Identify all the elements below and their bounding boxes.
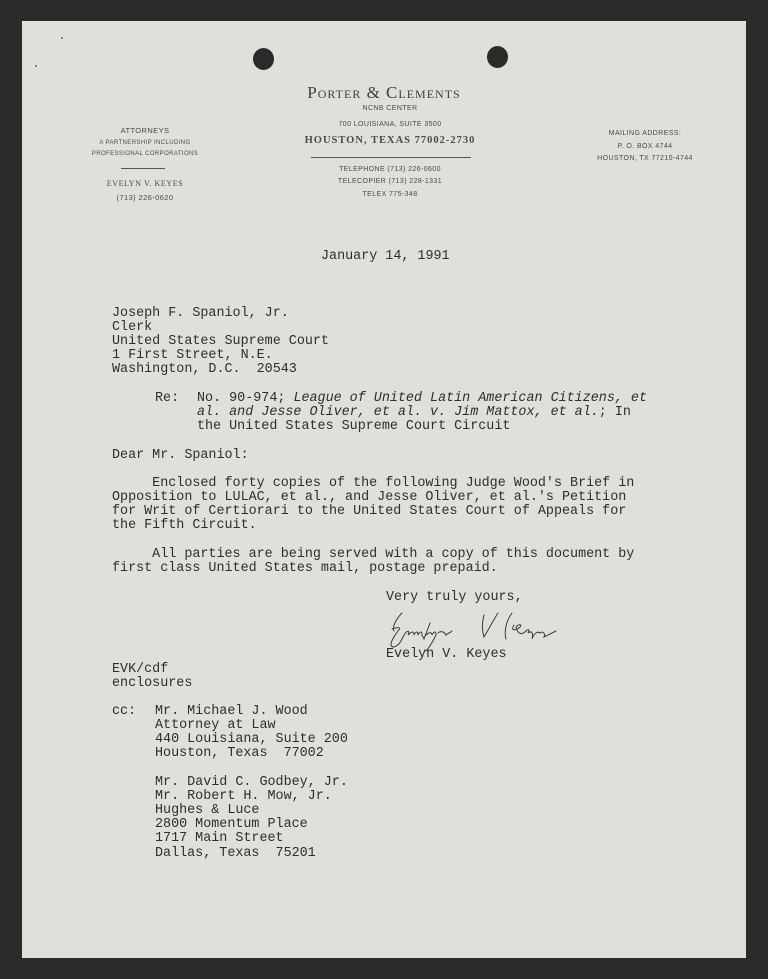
letter-date: January 14, 1991 <box>321 250 450 264</box>
case-number: No. 90-974; <box>197 391 293 406</box>
case-title-tail: ; In <box>599 405 631 420</box>
paper-speck <box>61 37 63 39</box>
cc-label: cc: <box>112 705 136 719</box>
mailing-title: MAILING ADDRESS: <box>590 130 700 137</box>
firm-telephone: TELEPHONE (713) 226-0600 <box>0 166 768 173</box>
mailing-box: P. O. BOX 4744 <box>590 143 700 150</box>
attorney-name: EVELYN V. KEYES <box>80 179 210 188</box>
enclosures-note: enclosures <box>112 677 192 691</box>
letterhead-rule <box>311 157 471 158</box>
paragraph-line: first class United States mail, postage … <box>112 562 498 576</box>
firm-name: Porter & Clements <box>0 83 768 103</box>
attorneys-title: ATTORNEYS <box>80 126 210 135</box>
left-rule <box>121 168 165 169</box>
cc-line: Houston, Texas 77002 <box>155 747 324 761</box>
recipient-line: Washington, D.C. 20543 <box>112 363 297 377</box>
re-label: Re: <box>155 392 179 406</box>
cc-line: 1717 Main Street <box>155 832 284 846</box>
attorney-phone: (713) 226-0620 <box>80 193 210 202</box>
closing: Very truly yours, <box>386 591 523 605</box>
paragraph-line: the Fifth Circuit. <box>112 519 257 533</box>
case-title-part2: al. and Jesse Oliver, et al. v. Jim Matt… <box>197 405 599 420</box>
paper-speck <box>35 65 37 67</box>
salutation: Dear Mr. Spaniol: <box>112 449 249 463</box>
case-title-part1: League of United Latin American Citizens… <box>293 391 647 406</box>
punch-hole-left <box>253 48 274 70</box>
firm-building: NCNB CENTER <box>0 105 768 112</box>
cc-line: Dallas, Texas 75201 <box>155 847 316 861</box>
punch-hole-right <box>487 46 508 68</box>
partnership-line1: A PARTNERSHIP INCLUDING <box>80 140 210 146</box>
re-line-3: the United States Supreme Court Circuit <box>197 420 510 434</box>
mailing-city: HOUSTON, TX 77210-4744 <box>590 155 700 162</box>
partnership-line2: PROFESSIONAL CORPORATIONS <box>80 151 210 157</box>
signature-name: Evelyn V. Keyes <box>386 648 507 662</box>
